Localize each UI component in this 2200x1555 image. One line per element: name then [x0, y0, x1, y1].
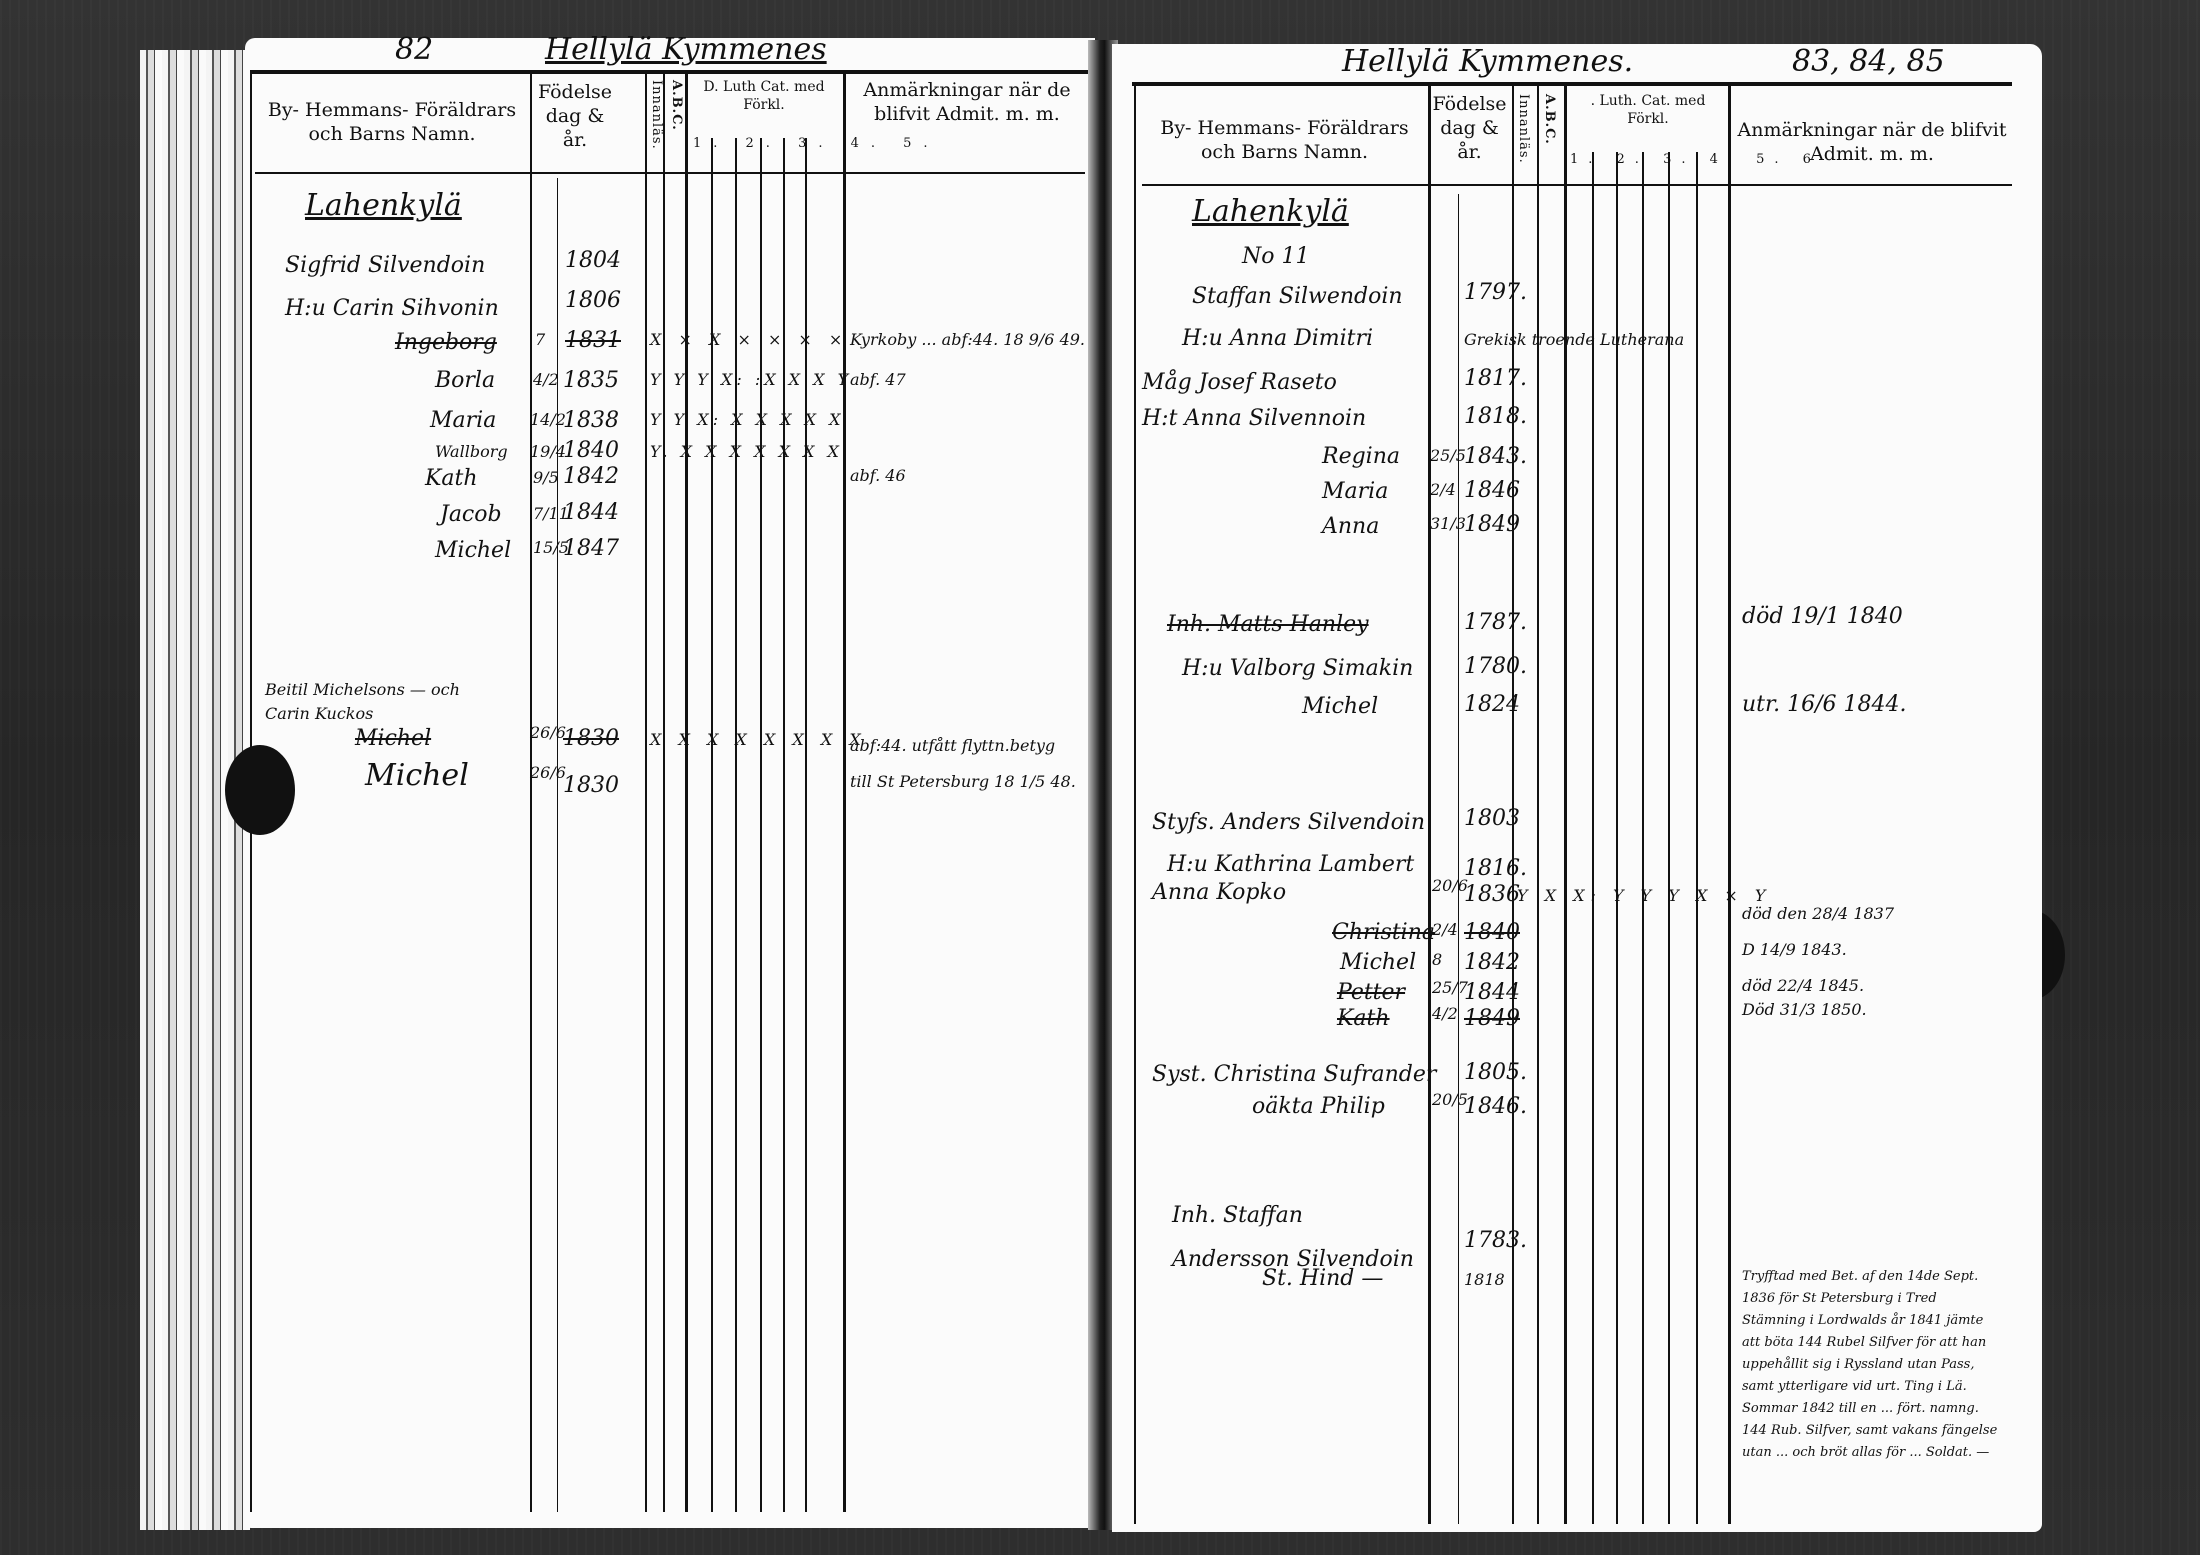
entry-day: 20/5: [1432, 1090, 1468, 1109]
left-page: 82 Hellylä Kymmenes By- Hemmans- Föräldr…: [245, 38, 1095, 1528]
col-divider: [1728, 84, 1731, 1524]
entry-name: St. Hind —: [1262, 1266, 1383, 1291]
col-divider: [1696, 152, 1698, 1524]
col-divider: [685, 72, 688, 1512]
entry-marks: Y Y Y X: :X X X Y: [650, 370, 852, 389]
header-birth-column: Födelse dag & år.: [535, 80, 615, 152]
entry-year: 1844: [563, 500, 619, 525]
entry-year: 1840: [563, 438, 619, 463]
col-divider: [1616, 152, 1618, 1524]
entry-remark: abf. 46: [850, 466, 906, 485]
entry-year: 1849: [1464, 512, 1520, 537]
entry-marks: Y X X: Y Y Y X × Y: [1517, 886, 1771, 905]
house-number: No 11: [1242, 244, 1309, 269]
entry-name: Michel: [355, 726, 431, 751]
entry-remark: död 19/1 1840: [1742, 604, 1903, 629]
entry-year: 1842: [1464, 950, 1520, 975]
entry-year: 1847: [563, 536, 619, 561]
entry-name: Inh. Matts Hanley: [1167, 612, 1369, 637]
entry-year: 1843.: [1464, 444, 1527, 469]
entry-day: 9/5: [533, 468, 559, 487]
entry-marks: Y. X X X X X X X: [650, 442, 843, 461]
header-rule-top: [250, 70, 1090, 74]
entry-name: Jacob: [440, 502, 502, 527]
entry-year: 1806: [565, 288, 621, 313]
binding-clip: [225, 745, 295, 835]
entry-day: 25/7: [1432, 978, 1468, 997]
header-name-column: By- Hemmans- Föräldrars och Barns Namn.: [257, 98, 527, 146]
col-divider: [530, 72, 532, 1512]
header-rule-bottom: [1142, 184, 2012, 186]
entry-year: 1842: [563, 464, 619, 489]
col-divider: [1564, 84, 1567, 1524]
entry-year: 1836: [1464, 882, 1520, 907]
entry-name: H:u Valborg Simakin: [1182, 656, 1413, 681]
entry-name: Kath: [1337, 1006, 1390, 1031]
entry-day: 26/6: [530, 763, 566, 782]
header-abc: A.B.C.: [669, 80, 684, 131]
entry-name: Borla: [435, 368, 495, 393]
col-subdivider: [1458, 194, 1459, 1524]
entry-day: 2/4: [1430, 480, 1456, 499]
entry-name: H:u Kathrina Lambert: [1167, 852, 1414, 877]
entry-year: 1830: [563, 773, 619, 798]
entry-year: 1824: [1464, 692, 1520, 717]
entry-day: 8: [1432, 950, 1442, 969]
table-border-left: [1134, 84, 1136, 1524]
entry-name: Staffan Silwendoin: [1192, 284, 1403, 309]
entry-day: 4/2: [1432, 1004, 1458, 1023]
header-rule-top: [1132, 82, 2012, 86]
entry-name: Regina: [1322, 444, 1400, 469]
right-page: Hellylä Kymmenes. 83, 84, 85 By- Hemmans…: [1112, 44, 2042, 1532]
entry-day: 7: [535, 330, 545, 349]
entry-name: H:u Anna Dimitri: [1182, 326, 1373, 351]
entry-remark: död den 28/4 1837: [1742, 904, 1894, 923]
parish-heading: Hellylä Kymmenes: [545, 32, 827, 67]
entry-marks: X X X X X X X X: [650, 730, 867, 749]
header-catechism: . Luth. Cat. med Förkl.: [1568, 92, 1728, 128]
entry-year: 1817.: [1464, 366, 1527, 391]
entry-year: 1831: [565, 328, 621, 353]
entry-name: Maria: [1322, 479, 1388, 504]
entry-note: Beitil Michelsons — och Carin Kuckos: [265, 678, 465, 726]
col-divider: [1642, 152, 1644, 1524]
entry-remark: abf:44. utfått flyttn.betyg till St Pete…: [850, 728, 1080, 800]
entry-name: Anna: [1322, 514, 1379, 539]
header-birth-column: Födelse dag & år.: [1432, 92, 1507, 164]
parish-heading: Hellylä Kymmenes.: [1342, 44, 1633, 79]
entry-name: Kath: [425, 466, 478, 491]
entry-year: 1844: [1464, 980, 1520, 1005]
long-remark: Tryfftad med Bet. af den 14de Sept. 1836…: [1742, 1266, 2002, 1464]
page-number: 82: [395, 32, 433, 67]
col-divider: [645, 72, 647, 1512]
entry-name: Styfs. Anders Silvendoin: [1152, 810, 1425, 835]
entry-name: Anna Kopko: [1152, 880, 1286, 905]
entry-year: 1846.: [1464, 1094, 1527, 1119]
entry-day: 19/4: [530, 442, 566, 461]
entry-year: 1797.: [1464, 280, 1527, 305]
entry-year: 1780.: [1464, 654, 1527, 679]
entry-year: 1835: [563, 368, 619, 393]
entry-name: Michel: [1302, 694, 1378, 719]
entry-name: Måg Josef Raseto: [1142, 370, 1337, 395]
entry-year: 1830: [563, 726, 619, 751]
header-name-column: By- Hemmans- Föräldrars och Barns Namn.: [1142, 116, 1427, 164]
col-divider: [1592, 152, 1594, 1524]
cat-sub-headers: 1. 2. 3. 4. 5.: [693, 136, 940, 151]
entry-name: Syst. Christina Sufrander: [1152, 1062, 1436, 1087]
entry-day: 31/3: [1430, 514, 1466, 533]
village-name: Lahenkylä: [305, 188, 462, 223]
entry-year: 1818: [1464, 1270, 1505, 1289]
entry-year: 1783.: [1464, 1228, 1527, 1253]
header-remarks-column: Anmärkningar när de blifvit Admit. m. m.: [847, 78, 1087, 126]
entry-year: 1805.: [1464, 1060, 1527, 1085]
entry-day: 14/2: [530, 410, 566, 429]
page-numbers: 83, 84, 85: [1792, 44, 1945, 79]
entry-name: Maria: [430, 408, 496, 433]
entry-day: 25/5: [1430, 446, 1466, 465]
col-divider: [1428, 84, 1431, 1524]
entry-name: Michel: [435, 538, 511, 563]
entry-year: 1803: [1464, 806, 1520, 831]
entry-marks: Y Y X: X X X X X: [650, 410, 844, 429]
entry-year: 1846: [1464, 478, 1520, 503]
header-remarks-column: Anmärkningar när de blifvit Admit. m. m.: [1732, 118, 2012, 166]
entry-year: 1816.: [1464, 856, 1527, 881]
entry-year: 1787.: [1464, 610, 1527, 635]
entry-name: H:t Anna Silvennoin: [1142, 406, 1366, 431]
entry-day: 2/4: [1432, 920, 1458, 939]
entry-remark: utr. 16/6 1844.: [1742, 692, 1906, 717]
entry-name: Sigfrid Silvendoin: [285, 253, 485, 278]
entry-year: 1849: [1464, 1006, 1520, 1031]
entry-day: 26/6: [530, 723, 566, 742]
header-catechism: D. Luth Cat. med Förkl.: [689, 78, 839, 114]
entry-year: 1818.: [1464, 404, 1527, 429]
header-innanlas: Innanläs.: [1516, 94, 1531, 164]
header-innanlas: Innanläs.: [649, 80, 664, 150]
entry-name: Wallborg: [435, 442, 508, 461]
col-divider: [663, 72, 665, 1512]
entry-day: 20/6: [1432, 876, 1468, 895]
entry-year: Grekisk troende Lutherana: [1464, 330, 1684, 349]
entry-remark: abf. 47: [850, 370, 906, 389]
entry-marks: X × X × × × ×: [650, 330, 848, 349]
entry-year: 1838: [563, 408, 619, 433]
col-divider: [1668, 152, 1670, 1524]
entry-remark: Kyrkoby ... abf:44. 18 9/6 49.: [850, 330, 1085, 349]
entry-name: Christina: [1332, 920, 1435, 945]
village-name: Lahenkylä: [1192, 194, 1349, 229]
col-divider: [1537, 84, 1539, 1524]
entry-name: H:u Carin Sihvonin: [285, 296, 499, 321]
header-rule-bottom: [255, 172, 1085, 174]
entry-name: Michel: [365, 758, 469, 793]
header-abc: A.B.C.: [1542, 94, 1557, 145]
entry-year: 1804: [565, 248, 621, 273]
entry-name: oäkta Philip: [1252, 1094, 1385, 1119]
entry-name: Michel: [1340, 950, 1416, 975]
entry-year: 1840: [1464, 920, 1520, 945]
entry-name: Ingeborg: [395, 330, 497, 355]
entry-remark: Död 31/3 1850.: [1742, 1000, 1867, 1019]
col-divider: [843, 72, 846, 1512]
entry-day: 4/2: [533, 370, 559, 389]
entry-name: Petter: [1337, 980, 1405, 1005]
entry-remark: D 14/9 1843.: [1742, 940, 1847, 959]
entry-remark: död 22/4 1845.: [1742, 976, 1864, 995]
